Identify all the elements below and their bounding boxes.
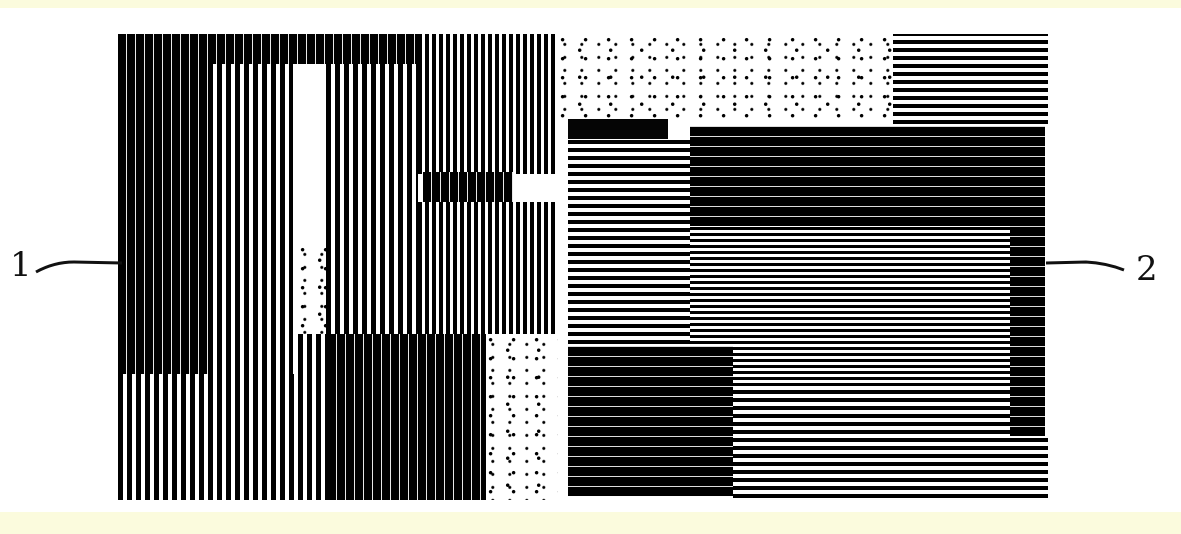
top-speck-area [558, 34, 893, 119]
callout-numeral-2: 2 [1136, 252, 1158, 286]
solid-bar-left [568, 119, 668, 139]
dark-horizontal-block-top [690, 126, 1045, 226]
vertical-stripes-bottom-left [118, 374, 298, 500]
vertical-fine-mid [418, 202, 558, 334]
halftone-figure [118, 34, 1048, 500]
horizontal-stripes-bottom [733, 386, 1010, 498]
leader-line-2 [1046, 253, 1126, 283]
blank-speck-area [486, 334, 558, 500]
horizontal-stripes-left [568, 139, 690, 344]
vertical-stripes-b [326, 64, 418, 334]
horizontal-fine-middle [690, 226, 1010, 386]
dark-horizontal-right-bar [1010, 226, 1045, 436]
dark-vertical-top-band [208, 34, 418, 64]
dark-vertical-block-bottom [328, 334, 486, 500]
horizontal-stripes-top-right [893, 34, 1048, 124]
leader-line-1 [34, 248, 124, 278]
dark-horizontal-block-bottom [568, 346, 733, 496]
vertical-stripes-a [208, 64, 293, 374]
vertical-fine-top [418, 34, 558, 174]
horizontal-stripes-bottom-right [1010, 436, 1048, 498]
dark-vertical-step [423, 172, 513, 202]
vertical-stripes-bottom-mid [298, 334, 328, 500]
drawing-sheet: 1 2 [0, 8, 1181, 512]
callout-numeral-1: 1 [10, 248, 32, 282]
dark-vertical-block-tl [118, 34, 208, 374]
